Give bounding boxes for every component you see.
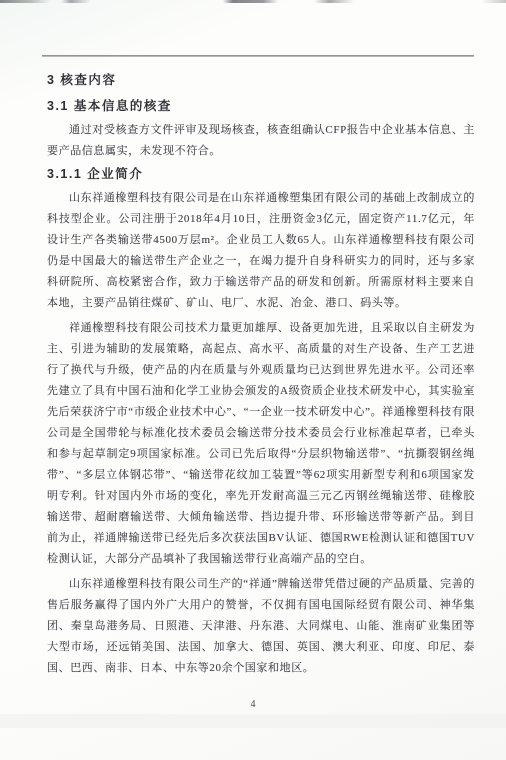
paragraph-company-overview: 山东祥通橡塑科技有限公司是在山东祥通橡塑集团有限公司的基础上改制成立的科技型企业… xyxy=(47,188,475,314)
page-content: 3 核查内容 3.1 基本信息的核查 通过对受核查方文件评审及现场核查，核查组确… xyxy=(47,66,475,683)
section-heading: 3 核查内容 xyxy=(47,72,475,88)
paragraph-basic-info-check: 通过对受核查方文件评审及现场核查，核查组确认CFP报告中企业基本信息、主要产品信… xyxy=(47,120,475,162)
scan-band-artifact xyxy=(0,714,506,728)
subsection-heading: 3.1 基本信息的核查 xyxy=(47,98,475,114)
page-number: 4 xyxy=(0,699,506,710)
subsubsection-heading: 3.1.1 企业简介 xyxy=(47,166,475,182)
header-rule xyxy=(42,55,474,57)
paragraph-technology-and-patents: 祥通橡塑科技有限公司技术力量更加雄厚、设备更加先进，且采取以自主研发为主、引进为… xyxy=(47,318,475,570)
document-page: 3 核查内容 3.1 基本信息的核查 通过对受核查方文件评审及现场核查，核查组确… xyxy=(0,0,506,760)
paragraph-market-and-customers: 山东祥通橡塑科技有限公司生产的“祥通”牌输送带凭借过硬的产品质量、完善的售后服务… xyxy=(47,574,475,679)
scan-edge-artifact xyxy=(0,0,506,3)
